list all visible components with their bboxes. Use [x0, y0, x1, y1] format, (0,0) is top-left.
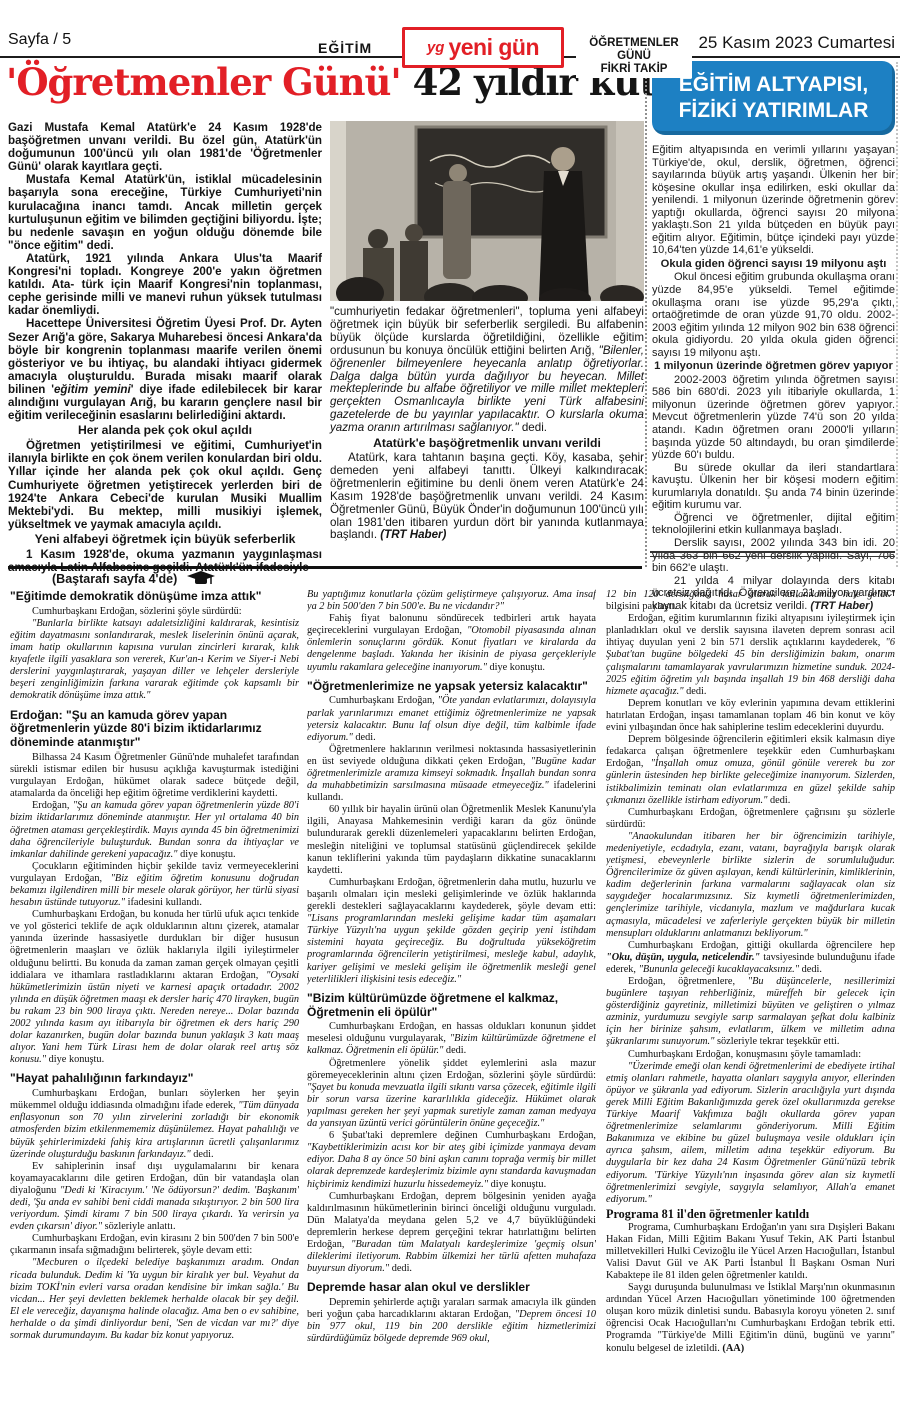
subhead: Yeni alfabeyi öğretmek için büyük seferb…	[8, 533, 322, 546]
dotted-column-separator	[645, 62, 647, 567]
bottom-column-3: 12 bin 120 dersliğimiz hasar alarak kull…	[606, 589, 895, 1401]
subhead: Depremde hasar alan okul ve derslikler	[307, 1281, 596, 1295]
sidebar-subhead: 1 milyonun üzerinde öğretmen görev yapıy…	[652, 360, 895, 373]
headline-red-part: 'Öğretmenler Günü'	[6, 60, 401, 104]
logo-monogram: yg	[427, 39, 445, 56]
paragraph: Saygı duruşunda bulunulması ve İstiklal …	[606, 1282, 895, 1355]
paragraph: 2002-2003 öğretim yılında öğretmen sayıs…	[652, 374, 895, 462]
topic-label: ÖĞRETMENLER GÜNÜ FİKRİ TAKİP	[576, 35, 692, 78]
paragraph: Bilhassa 24 Kasım Öğretmenler Günü'nde m…	[10, 752, 299, 800]
paragraph: Cumhurbaşkanı Erdoğan, deprem bölgesinin…	[307, 1191, 596, 1276]
continuation-text: (Baştarafı sayfa 4'de)	[52, 572, 177, 586]
paragraph: Depremin şehirlerde açtığı yaraları sarm…	[307, 1297, 596, 1345]
paragraph: Öğretmen yetiştirilmesi ve eğitimi, Cumh…	[8, 439, 322, 531]
section-label: EĞİTİM	[318, 40, 372, 56]
photo-ataturk-blackboard	[330, 121, 644, 301]
paragraph: Okul öncesi eğitim grubunda okullaşma or…	[652, 271, 895, 359]
paragraph: Cumhurbaşkanı Erdoğan, gittiği okullarda…	[606, 940, 895, 976]
paragraph: Erdoğan, "Şu an kamuda görev yapan öğret…	[10, 800, 299, 860]
subhead: "Eğitimde demokratik dönüşüme imza attık…	[10, 590, 299, 604]
newspaper-page: Sayfa / 5 EĞİTİM yg yeni gün ÖĞRETMENLER…	[0, 0, 900, 1401]
paragraph: Eğitim altyapısında en verimli yıllarını…	[652, 144, 895, 257]
subhead: Programa 81 il'den öğretmenler katıldı	[606, 1208, 895, 1222]
paragraph: Cumhurbaşkanı Erdoğan, "Öte yandan evlat…	[307, 695, 596, 743]
paragraph: Erdoğan, öğretmenlere, "Bu düşüncelerle,…	[606, 976, 895, 1049]
paragraph: Cumhurbaşkanı Erdoğan, öğretmenlerin dah…	[307, 877, 596, 986]
photo-illustration	[330, 121, 644, 301]
paragraph: Hacettepe Üniversitesi Öğretim Üyesi Pro…	[8, 317, 322, 422]
paragraph: Mustafa Kemal Atatürk'ün, istiklal mücad…	[8, 173, 322, 252]
section-divider	[8, 566, 642, 569]
paragraph: Programa, Cumhurbaşkanı Erdoğan'ın yanı …	[606, 1222, 895, 1282]
bottom-column-2: Bu yaptığımız konutlarla çözüm geliştirm…	[307, 589, 596, 1401]
paragraph: "Anaokulundan itibaren her bir öğrencimi…	[606, 831, 895, 940]
subhead: "Bizim kültürümüzde öğretmene el kalkmaz…	[307, 992, 596, 1020]
paragraph: Bu sürede okullar da ileri standartlara …	[652, 462, 895, 512]
subhead: Atatürk'e başöğretmenlik unvanı verildi	[330, 437, 644, 450]
topic-line1: ÖĞRETMENLER GÜNÜ	[576, 37, 692, 63]
paragraph: "Bunlarla birlikte katsayı adaletsizliği…	[10, 618, 299, 703]
paragraph: "Mecburen o ilçedeki belediye başkanımız…	[10, 1257, 299, 1342]
paragraph: Çocukların eğitiminden hiçbir şekilde ta…	[10, 861, 299, 909]
paragraph: Öğretmenlere haklarının verilmesi noktas…	[307, 744, 596, 804]
sidebar-title-line1: EĞİTİM ALTYAPISI,	[679, 72, 868, 98]
paragraph: Atatürk, 1921 yılında Ankara Ulus'ta Maa…	[8, 252, 322, 317]
bottom-column-1: "Eğitimde demokratik dönüşüme imza attık…	[10, 589, 299, 1401]
graduation-cap-icon	[187, 571, 215, 586]
sidebar-body: Eğitim altyapısında en verimli yıllarını…	[652, 144, 895, 612]
paragraph: Gazi Mustafa Kemal Atatürk'e 24 Kasım 19…	[8, 121, 322, 173]
paragraph: Cumhurbaşkanı Erdoğan, bu konuda her tür…	[10, 909, 299, 1066]
paragraph: 12 bin 120 dersliğimiz hasar alarak kull…	[606, 589, 895, 613]
paragraph: Cumhurbaşkanı Erdoğan, bunları söylerken…	[10, 1088, 299, 1161]
logo-name: yeni gün	[448, 34, 539, 61]
continuation-note: (Baştarafı sayfa 4'de)	[52, 571, 215, 586]
subhead: Erdoğan: "Şu an kamuda görev yapan öğret…	[10, 709, 299, 750]
subhead: Her alanda pek çok okul açıldı	[8, 424, 322, 437]
topic-line2: FİKRİ TAKİP	[576, 63, 692, 76]
page-number: Sayfa / 5	[8, 31, 71, 49]
paragraph: "cumhuriyetin fedakar öğretmenleri", top…	[330, 306, 644, 435]
paragraph: Cumhurbaşkanı Erdoğan, en hassas oldukla…	[307, 1021, 596, 1057]
paragraph: Öğrenci ve öğretmenler, dijital eğitim t…	[652, 512, 895, 537]
paragraph: Cumhurbaşkanı Erdoğan, öğretmenlere çağr…	[606, 807, 895, 831]
paragraph: Bu yaptığımız konutlarla çözüm geliştirm…	[307, 589, 596, 613]
paragraph: Deprem konutları ve köy evlerinin yapımı…	[606, 698, 895, 734]
paragraph: 60 yıllık bir hayalin ürünü olan Öğretme…	[307, 804, 596, 877]
article-column-middle: "cumhuriyetin fedakar öğretmenleri", top…	[330, 121, 644, 542]
paragraph: Ev sahiplerinin insaf dışı uygulamaların…	[10, 1161, 299, 1234]
paragraph: 6 Şubat'taki depremlere değinen Cumhurba…	[307, 1130, 596, 1190]
sidebar-title-line2: FİZİKİ YATIRIMLAR	[679, 98, 869, 124]
paragraph: Cumhurbaşkanı Erdoğan, evin kirasını 2 b…	[10, 1233, 299, 1257]
article-column-left: Gazi Mustafa Kemal Atatürk'e 24 Kasım 19…	[8, 121, 322, 574]
newspaper-logo: yg yeni gün	[402, 27, 564, 68]
paragraph: Atatürk, kara tahtanın başına geçti. Köy…	[330, 452, 644, 542]
sidebar-subhead: Okula giden öğrenci sayısı 19 milyonu aş…	[652, 258, 895, 271]
paragraph: Deprem bölgesinde öğrencilerin eğitimler…	[606, 734, 895, 807]
paragraph: Erdoğan, eğitim kurumlarının fiziki alty…	[606, 613, 895, 698]
sidebar-bottom-rule	[650, 551, 895, 557]
paragraph: "Üzerimde emeği olan kendi öğretmenlerim…	[606, 1061, 895, 1206]
dotted-page-edge	[896, 62, 898, 567]
subhead: "Hayat pahalılığının farkındayız"	[10, 1072, 299, 1086]
paragraph: Cumhurbaşkanı Erdoğan, konuşmasını şöyle…	[606, 1049, 895, 1061]
paragraph: Fahiş fiyat balonunu söndürecek tedbirle…	[307, 613, 596, 673]
paragraph: Cumhurbaşkanı Erdoğan, sözlerini şöyle s…	[10, 606, 299, 618]
sidebar-education-infrastructure: EĞİTİM ALTYAPISI, FİZİKİ YATIRIMLAR Eğit…	[652, 61, 895, 612]
photo-article-text: "cumhuriyetin fedakar öğretmenleri", top…	[330, 306, 644, 542]
date: 25 Kasım 2023 Cumartesi	[692, 33, 895, 53]
paragraph: Öğretmenlere yönelik şiddet eylemlerini …	[307, 1058, 596, 1131]
subhead: "Öğretmenlerimize ne yapsak yetersiz kal…	[307, 680, 596, 694]
